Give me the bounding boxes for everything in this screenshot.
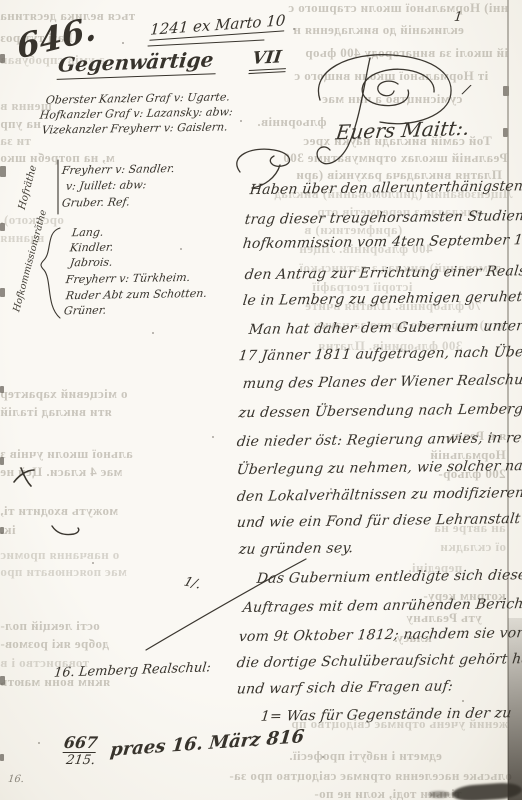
bleedthrough-text-line: ої складки — [440, 539, 506, 555]
bleedthrough-text-line: о місцевий характер — [0, 386, 128, 402]
bleedthrough-text-line: ольське населення отримає свідоцтво про … — [229, 768, 512, 784]
body-text-line: hofkommission vom 4ten September 1810. — [242, 232, 522, 252]
attendee-line: Hofkanzler Graf v: Lazansky: abw: — [39, 105, 234, 121]
bleedthrough-text-line: ості лекцій пол- — [0, 618, 100, 634]
attendee-line: Oberster Kanzler Graf v: Ugarte. — [45, 90, 231, 106]
bleedthrough-text-line: іт Нормальної школи вищого с — [294, 68, 488, 84]
bleedthrough-text-line: добре які розмов- — [0, 636, 109, 652]
bleedthrough-text-line: ти за — [0, 133, 31, 149]
bleedthrough-text-line: ій школі за винагороду 400 фьор — [305, 45, 508, 61]
body-text-line: trag dieser treugehorsamsten Studien- — [244, 208, 522, 228]
manuscript-page: ться велика десятинаРазі тут роза умів с… — [0, 0, 522, 800]
docket-note: 1241 ex Marto 10 — [149, 11, 286, 41]
edge-ink-tick — [0, 457, 4, 465]
corner-pen-mark: 1 — [453, 10, 463, 25]
tiny-corner-note: 16. — [7, 774, 24, 785]
praesentatum-denominator: 215. — [63, 753, 99, 768]
attendee-line: Freyherr v: Sandler. — [61, 162, 175, 177]
praesentatum-fraction: 667 215. — [64, 733, 97, 768]
attendee-line: Jabrois. — [69, 256, 113, 270]
edge-ink-tick — [0, 754, 4, 761]
bleedthrough-text-line: орського). — [0, 212, 64, 228]
body-text-line: zu gründen sey. — [238, 540, 354, 558]
paper-speck — [462, 700, 464, 702]
body-text-line: und warf sich die Fragen auf: — [236, 678, 454, 697]
paper-speck — [122, 42, 124, 44]
enclosure-mark: 1/. — [182, 575, 203, 593]
body-text-line: zu dessen Übersendung nach Lemberg man — [238, 401, 522, 421]
corner-ink-smudge-small — [428, 791, 450, 798]
attendee-line: Ruder Abt zum Schotten. — [65, 287, 208, 302]
bleedthrough-text-line: альної школи учнів з — [0, 446, 133, 462]
bleedthrough-text-line: має 4 класи. Цей не — [0, 464, 122, 480]
bleedthrough-text-line: яти виклад італій — [0, 404, 112, 420]
praesentatum-numerator: 667 — [63, 733, 99, 753]
body-text-line: vom 9t Oktober 1812; nachdem sie vorher — [238, 625, 522, 645]
body-text-line: 17 Jänner 1811 aufgetragen, nach Überkom… — [238, 344, 522, 365]
slash-pen-mark: / — [462, 82, 471, 99]
bleedthrough-text-line: нні) Нормальної школи старшого с — [288, 0, 508, 16]
salutation-text: Euers Maitt:. — [335, 116, 471, 145]
attendee-line: Grüner. — [63, 304, 107, 318]
docket-numeral: VII — [248, 47, 288, 74]
edge-ink-tick — [0, 386, 4, 393]
paragraph-initial-flourish — [237, 149, 290, 172]
edge-ink-tick — [0, 288, 5, 297]
body-text-line: Man hat daher dem Gubernium unterm — [248, 318, 522, 338]
paper-speck — [322, 756, 324, 758]
edge-ink-tick — [0, 166, 6, 177]
paper-speck — [293, 28, 295, 30]
bleedthrough-text-line: екликаній до викладення н — [293, 22, 464, 38]
paper-speck — [180, 248, 182, 250]
attendee-line: Lang. — [71, 226, 104, 240]
page-heading: Gegenwärtige — [57, 47, 219, 80]
body-text-line: Das Gubernium entledigte sich dieses — [256, 567, 522, 587]
bleedthrough-text-line: сумісництво а чин має — [322, 91, 462, 107]
bleedthrough-text-line: фльоринів. — [257, 114, 326, 130]
bleedthrough-text-line: о навчання промис — [0, 547, 119, 563]
bleedthrough-text-line: едмети і набуті професії. — [289, 748, 442, 764]
bleedthrough-text-line: на упр — [0, 116, 41, 132]
body-text-line: den Lokalverhältnissen zu modifizieren, — [236, 485, 522, 505]
margin-squiggle — [52, 526, 79, 535]
bleedthrough-text-line: Реальній школах отримуватиме 300 — [283, 150, 508, 166]
body-text-line: den Antrag zur Errichtung einer Realschu… — [244, 263, 522, 283]
body-text-line: mung des Planes der Wiener Realschule, — [242, 372, 522, 392]
paper-speck — [240, 120, 242, 122]
docket-underline-stroke — [148, 40, 264, 46]
body-text-line: die dortige Schulüberaufsicht gehört hat… — [236, 651, 522, 672]
bleedthrough-text-line: можуть входити ті, — [0, 503, 118, 519]
paper-speck — [212, 436, 214, 438]
attendee-line: Kindler. — [69, 241, 114, 255]
attendee-line: Vizekanzler Freyherr v: Gaislern. — [41, 120, 229, 136]
edge-ink-tick — [0, 676, 5, 685]
attendee-line: Freyherr v: Türkheim. — [65, 271, 191, 286]
edge-ink-tick — [0, 223, 5, 231]
attendee-line: Gruber. Ref. — [61, 195, 130, 209]
paper-speck — [92, 562, 94, 564]
edge-ink-tick — [0, 527, 4, 534]
paper-speck — [38, 742, 40, 744]
bleedthrough-text-line: має пояснювати про — [0, 564, 127, 580]
signature-paraph-outer — [318, 55, 451, 124]
paper-speck — [152, 332, 154, 334]
praesentatum-note: praes 16. März 816 — [109, 726, 305, 761]
edge-ink-tick — [0, 54, 5, 63]
attendance-group1-label: Hofräthe — [15, 159, 40, 216]
attendee-line: v: Juillet: abw: — [65, 178, 147, 192]
